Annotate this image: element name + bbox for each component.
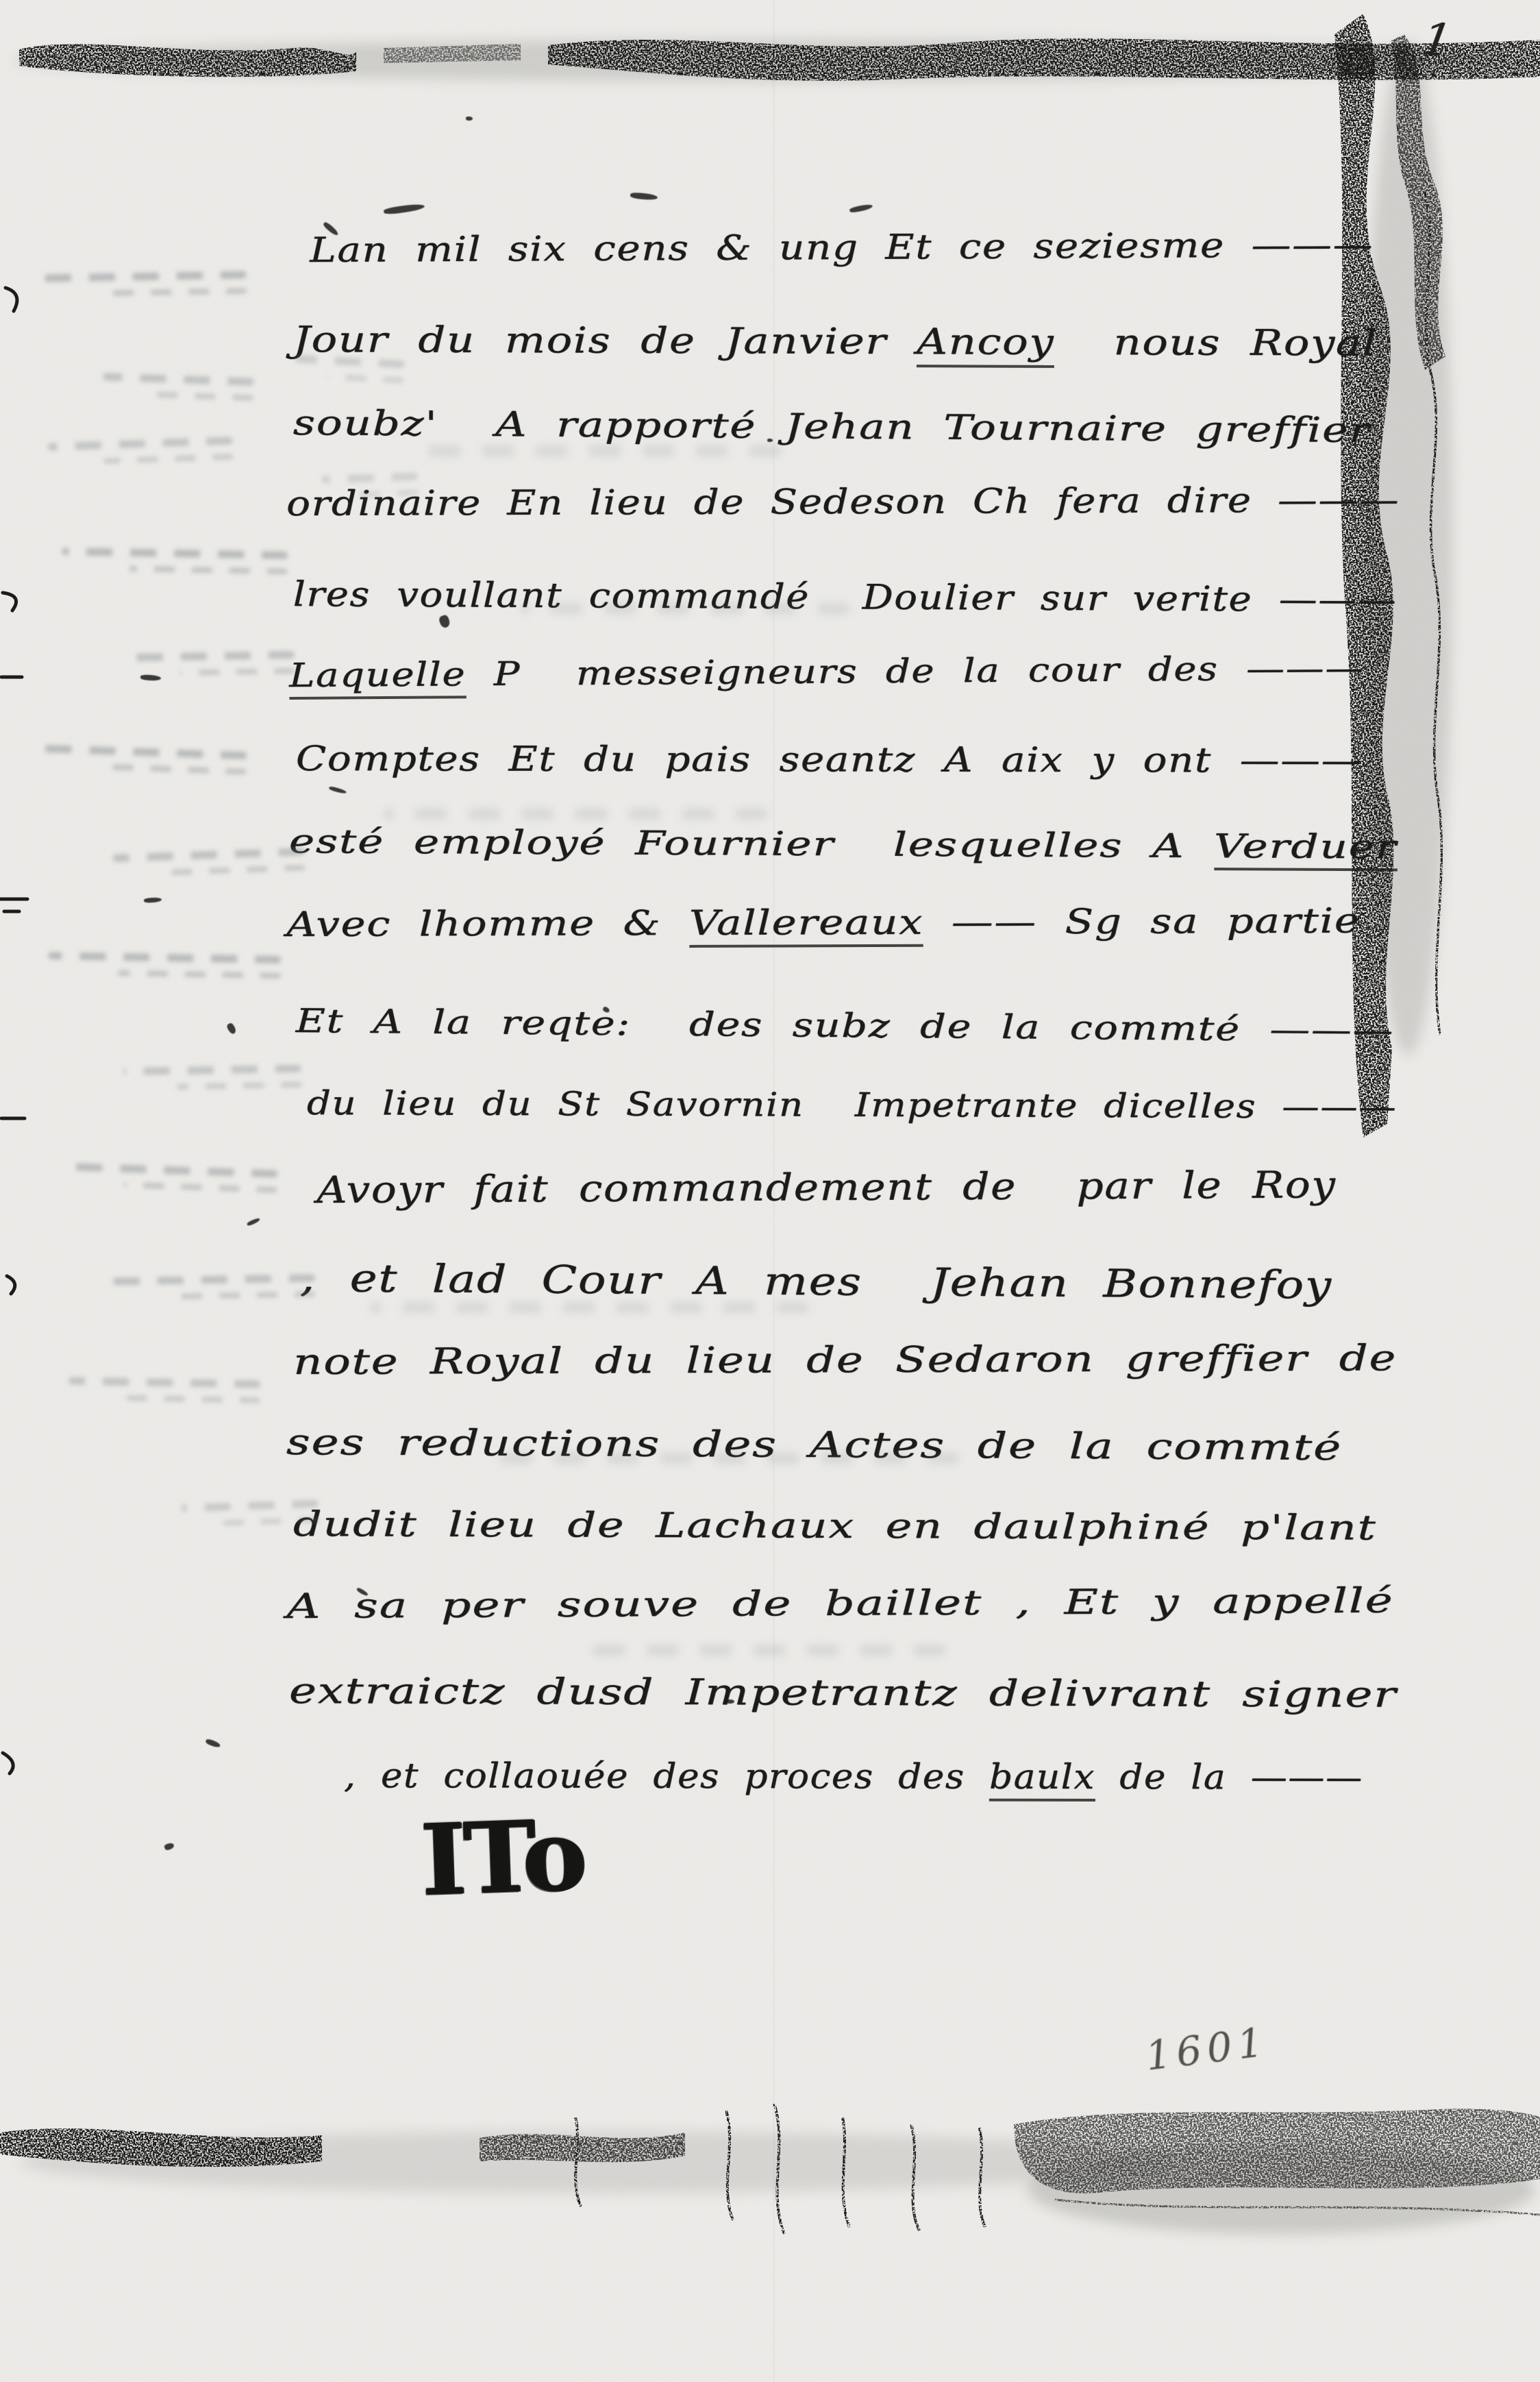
manuscript-line: Lan mil six cens & ung Et ce seziesme ——… — [310, 225, 1374, 270]
page-number: 1 — [1419, 12, 1508, 77]
ghost-offset-mark — [41, 271, 247, 297]
right-edge-soft-smudge — [1363, 41, 1452, 1055]
manuscript-line: Laquelle P messeigneurs de la cour des —… — [289, 649, 1365, 695]
manuscript-line: lres voullant commandé Doulier sur verit… — [293, 574, 1398, 619]
ink-fleck — [140, 674, 161, 681]
ghost-offset-mark — [48, 437, 234, 465]
ghost-offset-mark — [48, 952, 282, 979]
manuscript-line: soubz' A rapporté Jehan Tournaire greffi… — [293, 403, 1371, 450]
bottom-right-soft-smudge — [1028, 2145, 1535, 2234]
bleedthrough-mark — [425, 445, 781, 456]
manuscript-line: , et collaouée des proces des baulx de l… — [344, 1756, 1363, 1797]
ghost-offset-mark — [58, 1162, 278, 1192]
ink-fleck — [144, 897, 162, 903]
manuscript-line: Et A la reqte: des subz de la commté ——— — [296, 1002, 1395, 1050]
manuscript-line: Comptes Et du pais seantz A aix y ont ——… — [296, 739, 1362, 781]
manuscript-page: Lan mil six cens & ung Et ce seziesme ——… — [0, 0, 1540, 2382]
manuscript-line: ses reductions des Actes de la commté — [286, 1422, 1343, 1469]
manuscript-line: Jour du mois de Janvier Ancoy nous Royal — [293, 319, 1378, 365]
ghost-offset-mark — [110, 1274, 316, 1300]
bleedthrough-mark — [589, 1645, 945, 1656]
bottom-edge-smudge — [0, 2090, 1540, 2296]
ink-fleck — [630, 192, 658, 200]
ghost-offset-mark — [123, 1065, 302, 1091]
ghost-offset-mark — [102, 373, 253, 401]
manuscript-line: ordinaire En lieu de Sedeson Ch fera dir… — [286, 480, 1400, 524]
ink-fleck — [466, 116, 473, 121]
ink-fleck — [384, 203, 425, 215]
ink-fleck — [329, 786, 347, 795]
notarial-paraph: ITo — [419, 1798, 586, 1917]
manuscript-line: A sa per souve de baillet , Et y appellé — [286, 1581, 1394, 1626]
bottom-edge-soft-smudge — [21, 2131, 1171, 2193]
manuscript-line: note Royal du lieu de Sedaron greffier d… — [293, 1338, 1397, 1383]
ink-fleck — [205, 1738, 221, 1748]
ghost-offset-mark — [41, 745, 247, 774]
ghost-offset-mark — [113, 848, 306, 877]
manuscript-line: dudit lieu de Lachaux en daulphiné p'lan… — [293, 1504, 1377, 1548]
ink-fleck — [226, 1022, 238, 1035]
ink-fleck — [849, 204, 873, 214]
ghost-offset-mark — [130, 651, 295, 676]
manuscript-line: , et lad Cour A mes Jehan Bonnefoy — [300, 1256, 1332, 1308]
ghost-offset-mark — [69, 1377, 261, 1403]
ink-fleck — [164, 1842, 175, 1851]
manuscript-line: esté employé Fournier lesquelles A Verdu… — [289, 822, 1398, 866]
year-annotation: 1601 — [1143, 2018, 1271, 2079]
manuscript-line: Avoyr fait commandement de par le Roy — [316, 1163, 1337, 1212]
ghost-offset-mark — [62, 548, 288, 574]
top-edge-smudge — [0, 21, 1540, 123]
manuscript-line: Avec lhomme & Vallereaux —— Sg sa partie — [286, 901, 1361, 944]
top-edge-soft-smudge — [14, 40, 1528, 81]
ink-fleck — [438, 614, 451, 629]
manuscript-line: du lieu du St Savornin Impetrante dicell… — [307, 1084, 1398, 1127]
left-edge-marks — [0, 206, 48, 1919]
manuscript-line: extraictz dusd Impetrantz delivrant sign… — [289, 1671, 1398, 1716]
ink-fleck — [247, 1217, 261, 1227]
bleedthrough-mark — [384, 809, 767, 820]
